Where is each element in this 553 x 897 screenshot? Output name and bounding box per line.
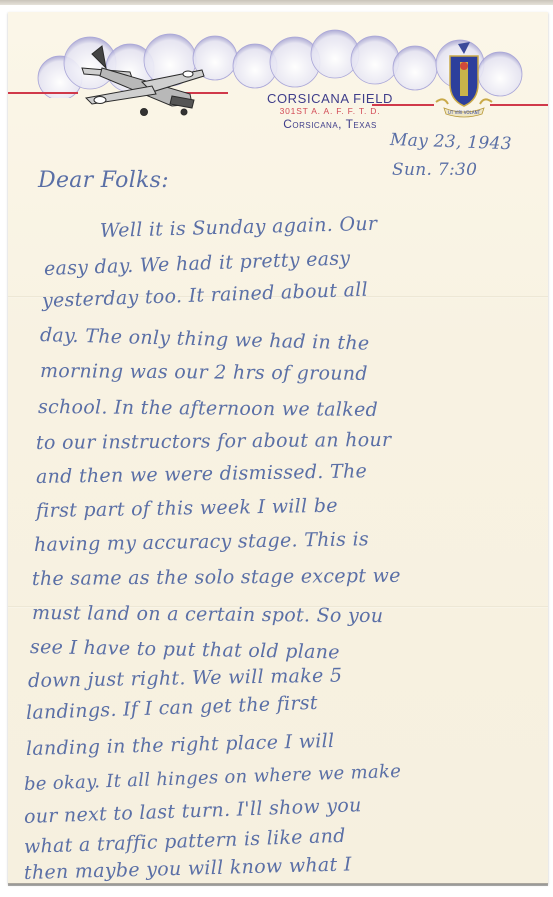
letter-date: May 23, 1943 xyxy=(390,130,512,154)
letter-line: morning was our 2 hrs of ground xyxy=(40,360,368,385)
letterhead-city: Corsicana, Texas xyxy=(230,117,430,131)
letterhead-text: CORSICANA FIELD 301ST A. A. F. F. T. D. … xyxy=(230,91,430,131)
letter-line: the same as the solo stage except we xyxy=(32,565,401,590)
letterhead-unit: 301ST A. A. F. F. T. D. xyxy=(230,106,430,117)
letter-time: Sun. 7:30 xyxy=(392,160,477,180)
letter-greeting: Dear Folks: xyxy=(38,168,169,193)
letterhead-rule-right xyxy=(490,104,548,106)
airplane-illustration xyxy=(72,42,212,122)
letterhead-field-name: CORSICANA FIELD xyxy=(230,91,430,106)
paper-bottom-shadow xyxy=(8,883,548,886)
image-top-border xyxy=(0,0,553,5)
crest-emblem: UT VIRI VOLANT xyxy=(432,40,496,120)
letterhead-rule-left xyxy=(8,92,78,94)
crest-motto: UT VIRI VOLANT xyxy=(448,110,481,115)
letter-line: must land on a certain spot. So you xyxy=(32,602,384,627)
letter-line: to our instructors for about an hour xyxy=(36,429,392,454)
letter-line: school. In the afternoon we talked xyxy=(38,396,378,421)
